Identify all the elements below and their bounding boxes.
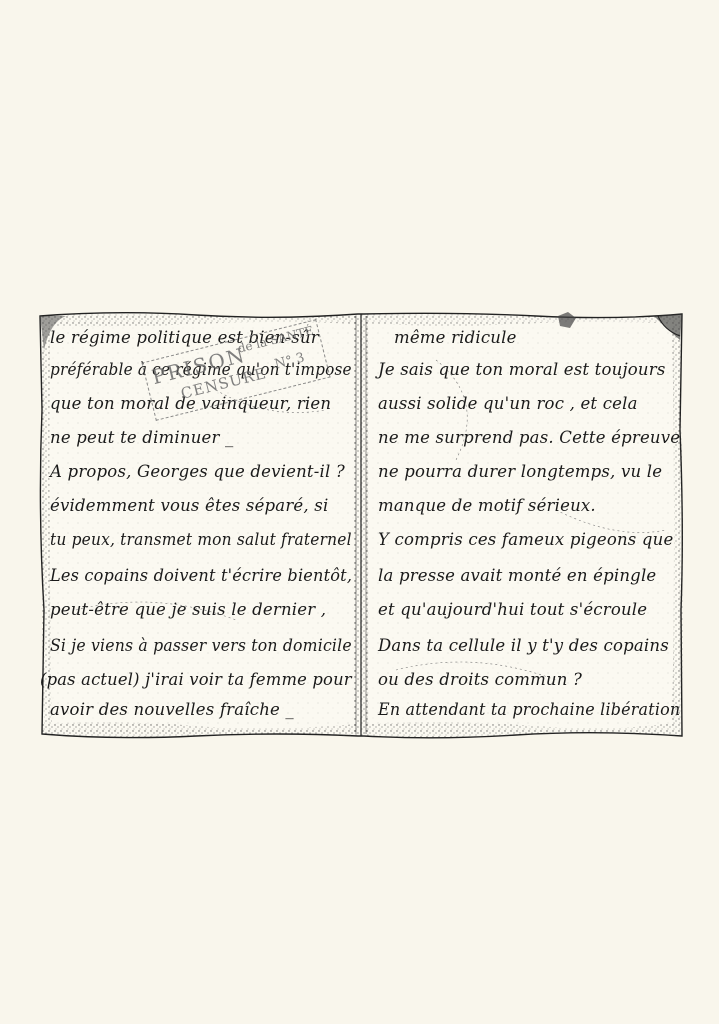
handwritten-line: Si je viens à passer vers ton domicile [50,636,352,655]
handwritten-line: En attendant ta prochaine libération [378,700,680,719]
handwritten-line: tu peux, transmet mon salut fraternel [50,530,352,549]
letter-left-page: le régime politique est bien-sûr préféra… [36,310,358,740]
handwritten-line: ne me surprend pas. Cette épreuve [378,428,680,447]
handwritten-line: Dans ta cellule il y t'y des copains [378,636,669,655]
handwritten-line: Je sais que ton moral est toujours [378,360,666,379]
letter-drawing: le régime politique est bien-sûr préféra… [36,310,686,740]
handwritten-line: peut-être que je suis le dernier , [50,600,326,619]
handwritten-line: la presse avait monté en épingle [378,566,656,585]
handwritten-line: et qu'aujourd'hui tout s'écroule [378,600,647,619]
handwritten-line: Y compris ces fameux pigeons que [378,530,673,549]
handwritten-line: ou des droits commun ? [378,670,582,689]
handwritten-line: manque de motif sérieux. [378,496,596,515]
stamp-number-text: N° 3 [273,350,306,372]
handwritten-line: même ridicule [394,328,517,347]
handwritten-line: ne peut te diminuer _ [50,428,233,447]
handwritten-line: ne pourra durer longtemps, vu le [378,462,662,481]
paper-sheet: le régime politique est bien-sûr préféra… [0,0,719,1024]
handwritten-line: évidemment vous êtes séparé, si [50,496,328,515]
handwritten-line: (pas actuel) j'irai voir ta femme pour [40,670,352,689]
handwritten-line: Les copains doivent t'écrire bientôt, [50,566,352,585]
handwritten-line: avoir des nouvelles fraîche _ [50,700,294,719]
handwritten-line: aussi solide qu'un roc , et cela [378,394,638,413]
handwritten-line: A propos, Georges que devient-il ? [50,462,345,481]
letter-right-page: même ridicule Je sais que ton moral est … [364,310,686,740]
